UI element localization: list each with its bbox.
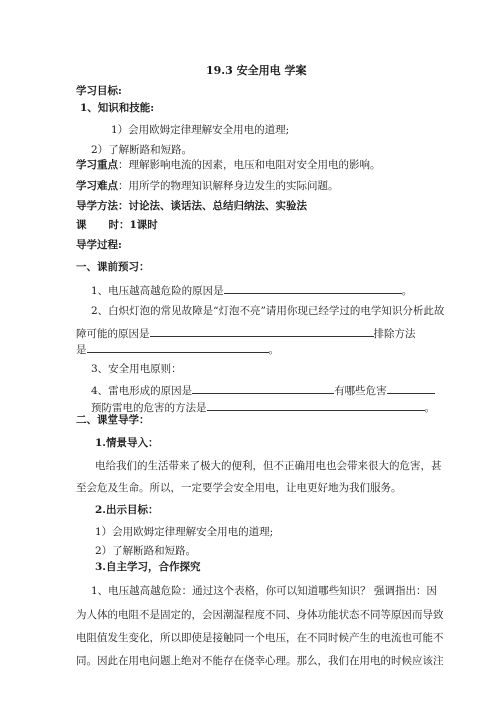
q4-cause-blank[interactable] [192, 382, 334, 394]
study-heading: 3.自主学习，合作探究 [95, 560, 200, 574]
key-points-text: ：理解影响电流的因素，电压和电阻对安全用电的影响。 [118, 159, 381, 171]
objectives-heading: 学习目标: [76, 84, 122, 98]
section1-heading: 一、课前预习： [76, 260, 150, 274]
study-line1: 1、电压越高越危险：通过这个表格，你可以知道哪些知识？ 强调指出：因 [91, 584, 437, 598]
preview-q4: 4、雷电形成的原因是有哪些危害 [91, 382, 435, 398]
intro-line1: 电给我们的生活带来了极大的便利，但不正确用电也会带来很大的危害，甚 [95, 459, 442, 473]
difficulty: 学习难点：用所学的物理知识解释身边发生的实际问题。 [76, 179, 339, 193]
goal-2: 2）了解断路和短路。 [95, 544, 196, 558]
q1-suffix: 。 [402, 285, 413, 297]
knowledge-heading: 1、知识和技能: [80, 101, 154, 115]
q2-fix-label: 排除方法 [374, 328, 416, 340]
period-text: 时：1课时 [109, 219, 158, 231]
document-title: 19.3 安全用电 学案 [206, 64, 306, 78]
intro-line2: 至会危及生命。所以，一定要学会安全用电，让电更好地为我们服务。 [76, 481, 402, 495]
objective-1: 1）会用欧姆定律理解安全用电的道理; [111, 123, 289, 137]
preview-q2-line2: 障可能的原因是排除方法 [76, 325, 416, 341]
teaching-method: 导学方法：讨论法、谈话法、总结归纳法、实验法 [76, 199, 307, 213]
q2-line3-prefix: 是 [76, 344, 87, 356]
q4-prevent-suffix: 。 [425, 402, 436, 414]
preview-q2-line1: 2、白炽灯泡的常见故障是“灯泡不亮”请用你现已经学过的电学知识分析此故 [91, 304, 444, 318]
study-line2: 为人体的电阻不是固定的，会因潮湿程度不同、身体功能状态不同等原因而导致 [76, 608, 444, 622]
study-line4: 同。因此在用电问题上绝对不能存在侥幸心理。那么，我们在用电的时候应该注 [76, 654, 444, 668]
objective-2: 2）了解断路和短路。 [91, 143, 192, 157]
q4-prefix: 4、雷电形成的原因是 [91, 385, 192, 397]
intro-heading: 1.情景导入： [95, 436, 158, 450]
goals-heading: 2.出示目标： [95, 503, 158, 517]
key-points: 学习重点：理解影响电流的因素，电压和电阻对安全用电的影响。 [76, 158, 381, 172]
section2-heading: 二、课堂导学： [76, 413, 150, 427]
key-points-label: 学习重点 [76, 159, 118, 171]
q2-prefix: 障可能的原因是 [76, 328, 150, 340]
goal-1: 1）会用欧姆定律理解安全用电的道理; [95, 525, 273, 539]
process-heading: 导学过程: [76, 238, 122, 252]
q1-prefix: 1、电压越高越危险的原因是 [91, 285, 224, 297]
q1-answer-blank[interactable] [224, 282, 402, 294]
q4-prevent-blank[interactable] [207, 399, 425, 411]
class-period: 课时：1课时 [76, 218, 158, 232]
q2-fix-blank[interactable] [87, 341, 269, 353]
preview-q3: 3、安全用电原则： [91, 362, 182, 376]
study-line3: 电阻值发生变化，所以即使是接触同一个电压，在不同时候产生的电流也可能不 [76, 631, 444, 645]
difficulty-text: ：用所学的物理知识解释身边发生的实际问题。 [118, 180, 339, 192]
q4-harm-blank[interactable] [387, 382, 435, 394]
q2-cause-blank[interactable] [150, 325, 374, 337]
q4-harm-label: 有哪些危害 [334, 385, 387, 397]
period-label: 课 [76, 219, 87, 231]
preview-q2-line3: 是。 [76, 341, 279, 357]
q2-line3-suffix: 。 [269, 344, 280, 356]
preview-q1: 1、电压越高越危险的原因是。 [91, 282, 412, 298]
difficulty-label: 学习难点 [76, 180, 118, 192]
